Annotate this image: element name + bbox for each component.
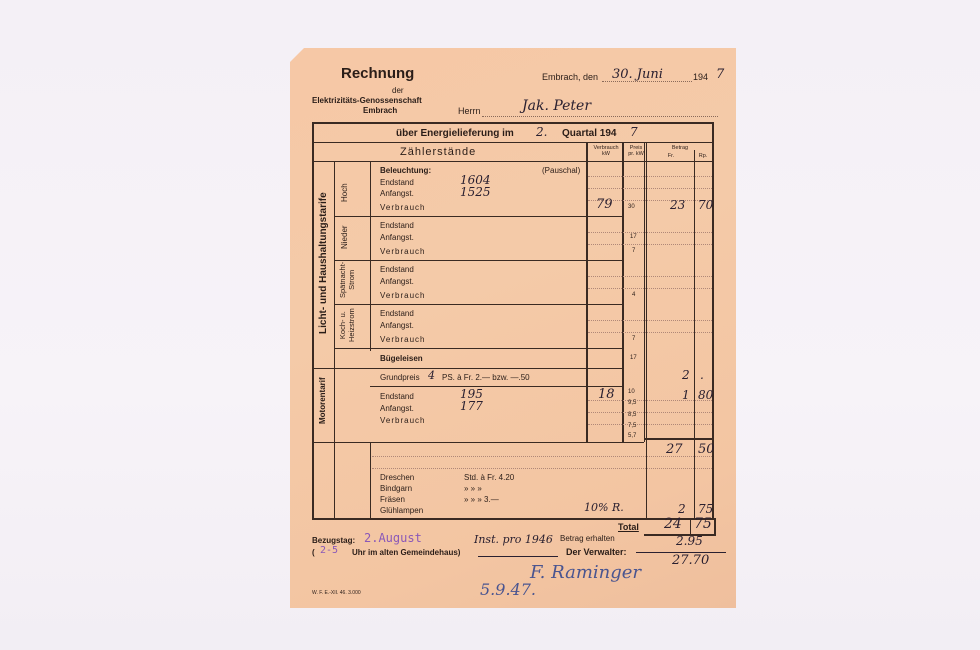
bezugstag-label: Bezugstag: — [312, 536, 355, 545]
dreschen-rate: Std. à Fr. 4.20 — [464, 473, 514, 482]
hours-text: Uhr im alten Gemeindehaus) — [352, 548, 460, 557]
group-licht-label: Licht- und Haushaltungstarife — [318, 192, 329, 334]
group-motor-label: Motorentarif — [318, 377, 327, 424]
invoice-paper: Rechnung der Elektrizitäts-Genossenschaf… — [290, 48, 736, 608]
sub-hoch: Hoch — [340, 183, 349, 202]
col-fr: Fr. — [648, 153, 694, 159]
motor-fr: 1 — [682, 388, 690, 402]
extra-amount: 2.95 — [676, 534, 703, 548]
hours-stamp: 2-5 — [320, 545, 338, 556]
sub-nieder: Nieder — [340, 225, 349, 249]
sub-spaetnacht: Spätnacht-Strom — [338, 262, 356, 298]
subtotal-fr: 27 — [666, 442, 683, 457]
gluehlampen-rp: 75 — [698, 502, 713, 516]
verwalter-label: Der Verwalter: — [566, 547, 627, 557]
gluehlampen-label: Glühlampen — [380, 506, 423, 515]
pauschal-label: (Pauschal) — [542, 166, 580, 175]
gluehlampen-fr: 2 — [678, 502, 686, 516]
invoice-title: Rechnung — [341, 65, 414, 82]
grundpreis-rate: PS. à Fr. 2.— bzw. —.50 — [442, 373, 530, 382]
fraesen-label: Fräsen — [380, 495, 405, 504]
motor-preis-2: 9,5 — [628, 400, 636, 406]
motor-preis-4: 7,5 — [628, 423, 636, 429]
print-code: W. F. E.-XII. 46. 3.000 — [312, 590, 361, 596]
invoice-table: über Energielieferung im 2. Quartal 194 … — [312, 122, 714, 520]
hoch-anfangst-label: Anfangst. — [380, 189, 414, 198]
spaet-preis: 4 — [632, 292, 635, 298]
nieder-preis-2: 7 — [632, 248, 635, 254]
koch-verbrauch-label: Verbrauch — [380, 335, 425, 344]
zaehlerstaende-header: Zählerstände — [400, 146, 476, 158]
verwalter-signature: F. Raminger — [530, 562, 641, 583]
col-verbrauch: VerbrauchkW — [588, 145, 624, 157]
koch-preis: 7 — [632, 336, 635, 342]
spaet-verbrauch-label: Verbrauch — [380, 291, 425, 300]
motor-preis-1: 10 — [628, 389, 635, 395]
nieder-preis-1: 17 — [630, 234, 637, 240]
nieder-verbrauch-label: Verbrauch — [380, 247, 425, 256]
col-rp: Rp. — [694, 153, 712, 159]
herrn-label: Herrn — [458, 106, 481, 116]
organization-place: Embrach — [363, 106, 397, 115]
sub-koch-heiz: Koch- u.Heizstrom — [338, 308, 356, 342]
motor-rp: 80 — [698, 388, 713, 402]
hoch-verbrauch-kw: 79 — [596, 197, 613, 212]
gluehlampen-note: 10% R. — [584, 501, 624, 514]
bindgarn-rate: » » » — [464, 484, 482, 493]
total-rp: 75 — [694, 516, 712, 532]
year-prefix: 194 — [693, 72, 708, 82]
total-label: Total — [618, 522, 639, 532]
table-title-quartal: Quartal 194 — [562, 128, 616, 139]
year-handwritten: 7 — [716, 67, 724, 82]
buegeleisen-preis: 17 — [630, 355, 637, 361]
fraesen-rate: » » » 3.— — [464, 495, 499, 504]
customer-line — [482, 116, 718, 117]
grand-amount: 27.70 — [672, 553, 709, 568]
total-fr: 24 — [664, 516, 682, 532]
koch-anfangst-label: Anfangst. — [380, 321, 414, 330]
bindgarn-label: Bindgarn — [380, 484, 412, 493]
place-date-prefix: Embrach, den — [542, 72, 598, 82]
bezugstag-stamp: 2.August — [364, 531, 422, 545]
buegeleisen-label: Bügeleisen — [380, 354, 423, 363]
paid-date: 5.9.47. — [480, 580, 536, 599]
motor-preis-3: 8,5 — [628, 412, 636, 418]
grundpreis-rp: . — [700, 368, 704, 382]
nieder-endstand-label: Endstand — [380, 221, 414, 230]
koch-endstand-label: Endstand — [380, 309, 414, 318]
motor-anfangst-value: 177 — [460, 399, 483, 413]
grundpreis-ps: 4 — [428, 369, 435, 382]
table-title: über Energielieferung im — [396, 128, 514, 139]
betrag-erhalten-label: Betrag erhalten — [560, 534, 615, 543]
beleuchtung-label: Beleuchtung: — [380, 166, 431, 175]
hoch-rp: 70 — [698, 198, 713, 212]
grundpreis-label: Grundpreis — [380, 373, 420, 382]
spaet-endstand-label: Endstand — [380, 265, 414, 274]
der-label: der — [392, 86, 404, 95]
spaet-anfangst-label: Anfangst. — [380, 277, 414, 286]
handwritten-note: Inst. pro 1946 — [474, 533, 553, 546]
motor-endstand-label: Endstand — [380, 392, 414, 401]
motor-preis-5: 5,7 — [628, 433, 636, 439]
quarter-handwritten: 2. — [536, 125, 547, 139]
hoch-preis: 30 — [628, 204, 635, 210]
motor-verbrauch-kw: 18 — [598, 387, 615, 402]
dreschen-label: Dreschen — [380, 473, 414, 482]
customer-name-handwritten: Jak. Peter — [522, 98, 591, 114]
hoch-verbrauch-label: Verbrauch — [380, 203, 425, 212]
motor-verbrauch-label: Verbrauch — [380, 416, 425, 425]
organization-name: Elektrizitäts-Genossenschaft — [312, 96, 422, 105]
hoch-anfangst-value: 1525 — [460, 185, 491, 199]
hoch-endstand-label: Endstand — [380, 178, 414, 187]
nieder-anfangst-label: Anfangst. — [380, 233, 414, 242]
grundpreis-fr: 2 — [682, 368, 690, 382]
motor-anfangst-label: Anfangst. — [380, 404, 414, 413]
hours-open: ( — [312, 548, 315, 557]
hoch-fr: 23 — [670, 198, 685, 212]
col-betrag: Betrag — [648, 145, 712, 151]
subtotal-rp: 50 — [698, 442, 715, 457]
date-handwritten: 30. Juni — [612, 67, 663, 82]
table-year-handwritten: 7 — [630, 125, 638, 139]
